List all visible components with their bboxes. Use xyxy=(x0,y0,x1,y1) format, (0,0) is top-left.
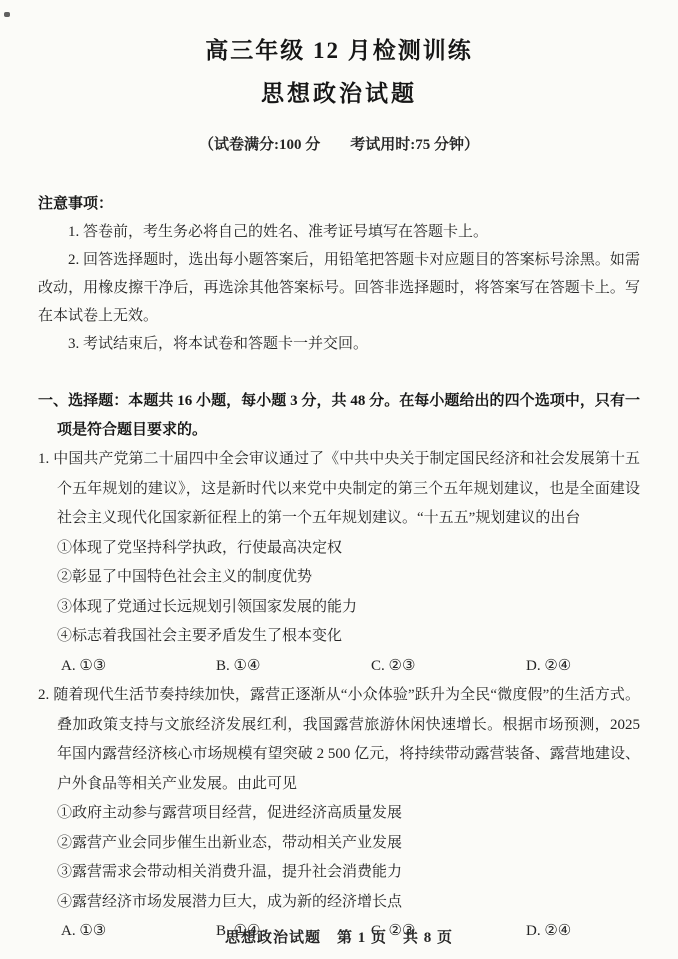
notice-item-1: 1. 答卷前，考生务必将自己的姓名、准考证号填写在答题卡上。 xyxy=(38,218,640,246)
question-1-number: 1. xyxy=(38,451,53,467)
question-2-text: 随着现代生活节奏持续加快，露营正逐渐从“小众体验”跃升为全民“微度假”的生活方式… xyxy=(53,687,640,792)
notice-section: 注意事项： 1. 答卷前，考生务必将自己的姓名、准考证号填写在答题卡上。 2. … xyxy=(38,190,640,358)
scan-artifact xyxy=(4,12,10,17)
question-1-option-a: A. ①③ xyxy=(61,652,216,682)
section-header-multiple-choice: 一、选择题：本题共 16 小题，每小题 3 分，共 48 分。在每小题给出的四个… xyxy=(38,387,640,445)
question-1-text: 中国共产党第二十届四中全会审议通过了《中共中央关于制定国民经济和社会发展第十五个… xyxy=(53,451,640,526)
question-1-stem: 1.中国共产党第二十届四中全会审议通过了《中共中央关于制定国民经济和社会发展第十… xyxy=(57,445,640,534)
question-1: 1.中国共产党第二十届四中全会审议通过了《中共中央关于制定国民经济和社会发展第十… xyxy=(38,445,640,681)
notice-item-2: 2. 回答选择题时，选出每小题答案后，用铅笔把答题卡对应题目的答案标号涂黑。如需… xyxy=(38,246,640,330)
notice-item-3: 3. 考试结束后，将本试卷和答题卡一并交回。 xyxy=(38,330,640,358)
question-1-options: A. ①③ B. ①④ C. ②③ D. ②④ xyxy=(57,652,640,682)
question-1-option-c: C. ②③ xyxy=(371,652,526,682)
question-2: 2.随着现代生活节奏持续加快，露营正逐渐从“小众体验”跃升为全民“微度假”的生活… xyxy=(38,681,640,947)
notice-heading: 注意事项： xyxy=(38,190,640,218)
exam-score-time-info: （试卷满分:100 分 考试用时:75 分钟） xyxy=(38,133,640,154)
question-1-statement-1: ①体现了党坚持科学执政，行使最高决定权 xyxy=(57,534,640,564)
question-2-statement-4: ④露营经济市场发展潜力巨大，成为新的经济增长点 xyxy=(57,888,640,918)
question-1-option-b: B. ①④ xyxy=(216,652,371,682)
exam-title-line1: 高三年级 12 月检测训练 xyxy=(38,32,640,65)
question-2-statement-1: ①政府主动参与露营项目经营，促进经济高质量发展 xyxy=(57,799,640,829)
question-1-option-d: D. ②④ xyxy=(526,652,571,682)
question-1-statement-4: ④标志着我国社会主要矛盾发生了根本变化 xyxy=(57,622,640,652)
question-2-number: 2. xyxy=(38,687,53,703)
exam-title-line2: 思想政治试题 xyxy=(38,75,640,108)
question-2-stem: 2.随着现代生活节奏持续加快，露营正逐渐从“小众体验”跃升为全民“微度假”的生活… xyxy=(57,681,640,799)
exam-paper-page: 高三年级 12 月检测训练 思想政治试题 （试卷满分:100 分 考试用时:75… xyxy=(0,0,678,959)
question-2-statement-2: ②露营产业会同步催生出新业态，带动相关产业发展 xyxy=(57,829,640,859)
question-1-statement-3: ③体现了党通过长远规划引领国家发展的能力 xyxy=(57,593,640,623)
question-2-statement-3: ③露营需求会带动相关消费升温，提升社会消费能力 xyxy=(57,858,640,888)
page-footer: 思想政治试题 第 1 页 共 8 页 xyxy=(0,926,678,947)
question-1-statement-2: ②彰显了中国特色社会主义的制度优势 xyxy=(57,563,640,593)
